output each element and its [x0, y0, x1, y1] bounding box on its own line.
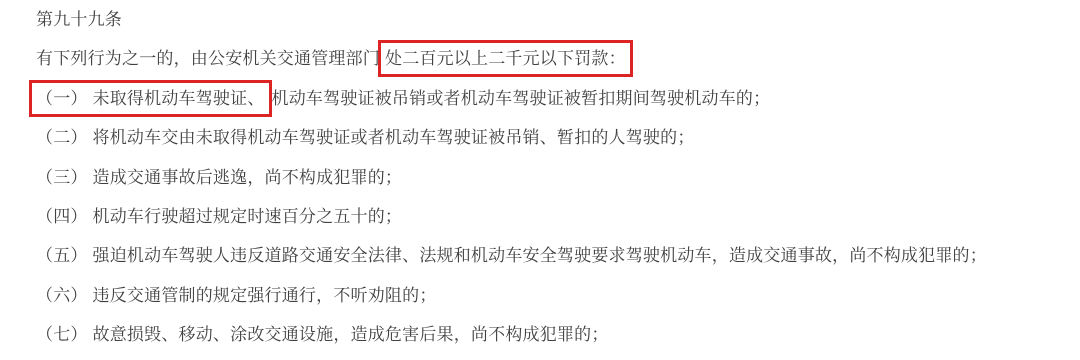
list-item-4: （四） 机动车行驶超过规定时速百分之五十的；: [36, 197, 1080, 236]
list-item-3: （三） 造成交通事故后逃逸，尚不构成犯罪的；: [36, 158, 1080, 197]
list-item-1-rest: 机动车驾驶证被吊销或者机动车驾驶证被暂扣期间驾驶机动车的；: [272, 89, 771, 108]
list-item-6: （六） 违反交通管制的规定强行通行，不听劝阻的；: [36, 276, 1080, 315]
highlight-box-item-1: （一） 未取得机动车驾驶证、: [29, 80, 272, 117]
intro-text: 有下列行为之一的，由公安机关交通管理部门: [36, 49, 380, 68]
list-item-1: （一） 未取得机动车驾驶证、机动车驾驶证被吊销或者机动车驾驶证被暂扣期间驾驶机动…: [36, 79, 1080, 118]
article-title: 第九十九条: [36, 0, 1080, 39]
list-item-2: （二） 将机动车交由未取得机动车驾驶证或者机动车驾驶证被吊销、暂扣的人驾驶的；: [36, 118, 1080, 157]
list-item-5: （五） 强迫机动车驾驶人违反道路交通安全法律、法规和机动车安全驾驶要求驾驶机动车…: [36, 236, 1080, 275]
intro-paragraph: 有下列行为之一的，由公安机关交通管理部门处二百元以上二千元以下罚款：: [36, 39, 1080, 78]
list-item-7: （七） 故意损毁、移动、涂改交通设施，造成危害后果，尚不构成犯罪的；: [36, 315, 1080, 354]
highlight-box-penalty: 处二百元以上二千元以下罚款：: [378, 40, 633, 77]
document-page: 第九十九条 有下列行为之一的，由公安机关交通管理部门处二百元以上二千元以下罚款：…: [0, 0, 1080, 360]
legal-article: 第九十九条 有下列行为之一的，由公安机关交通管理部门处二百元以上二千元以下罚款：…: [0, 0, 1080, 355]
